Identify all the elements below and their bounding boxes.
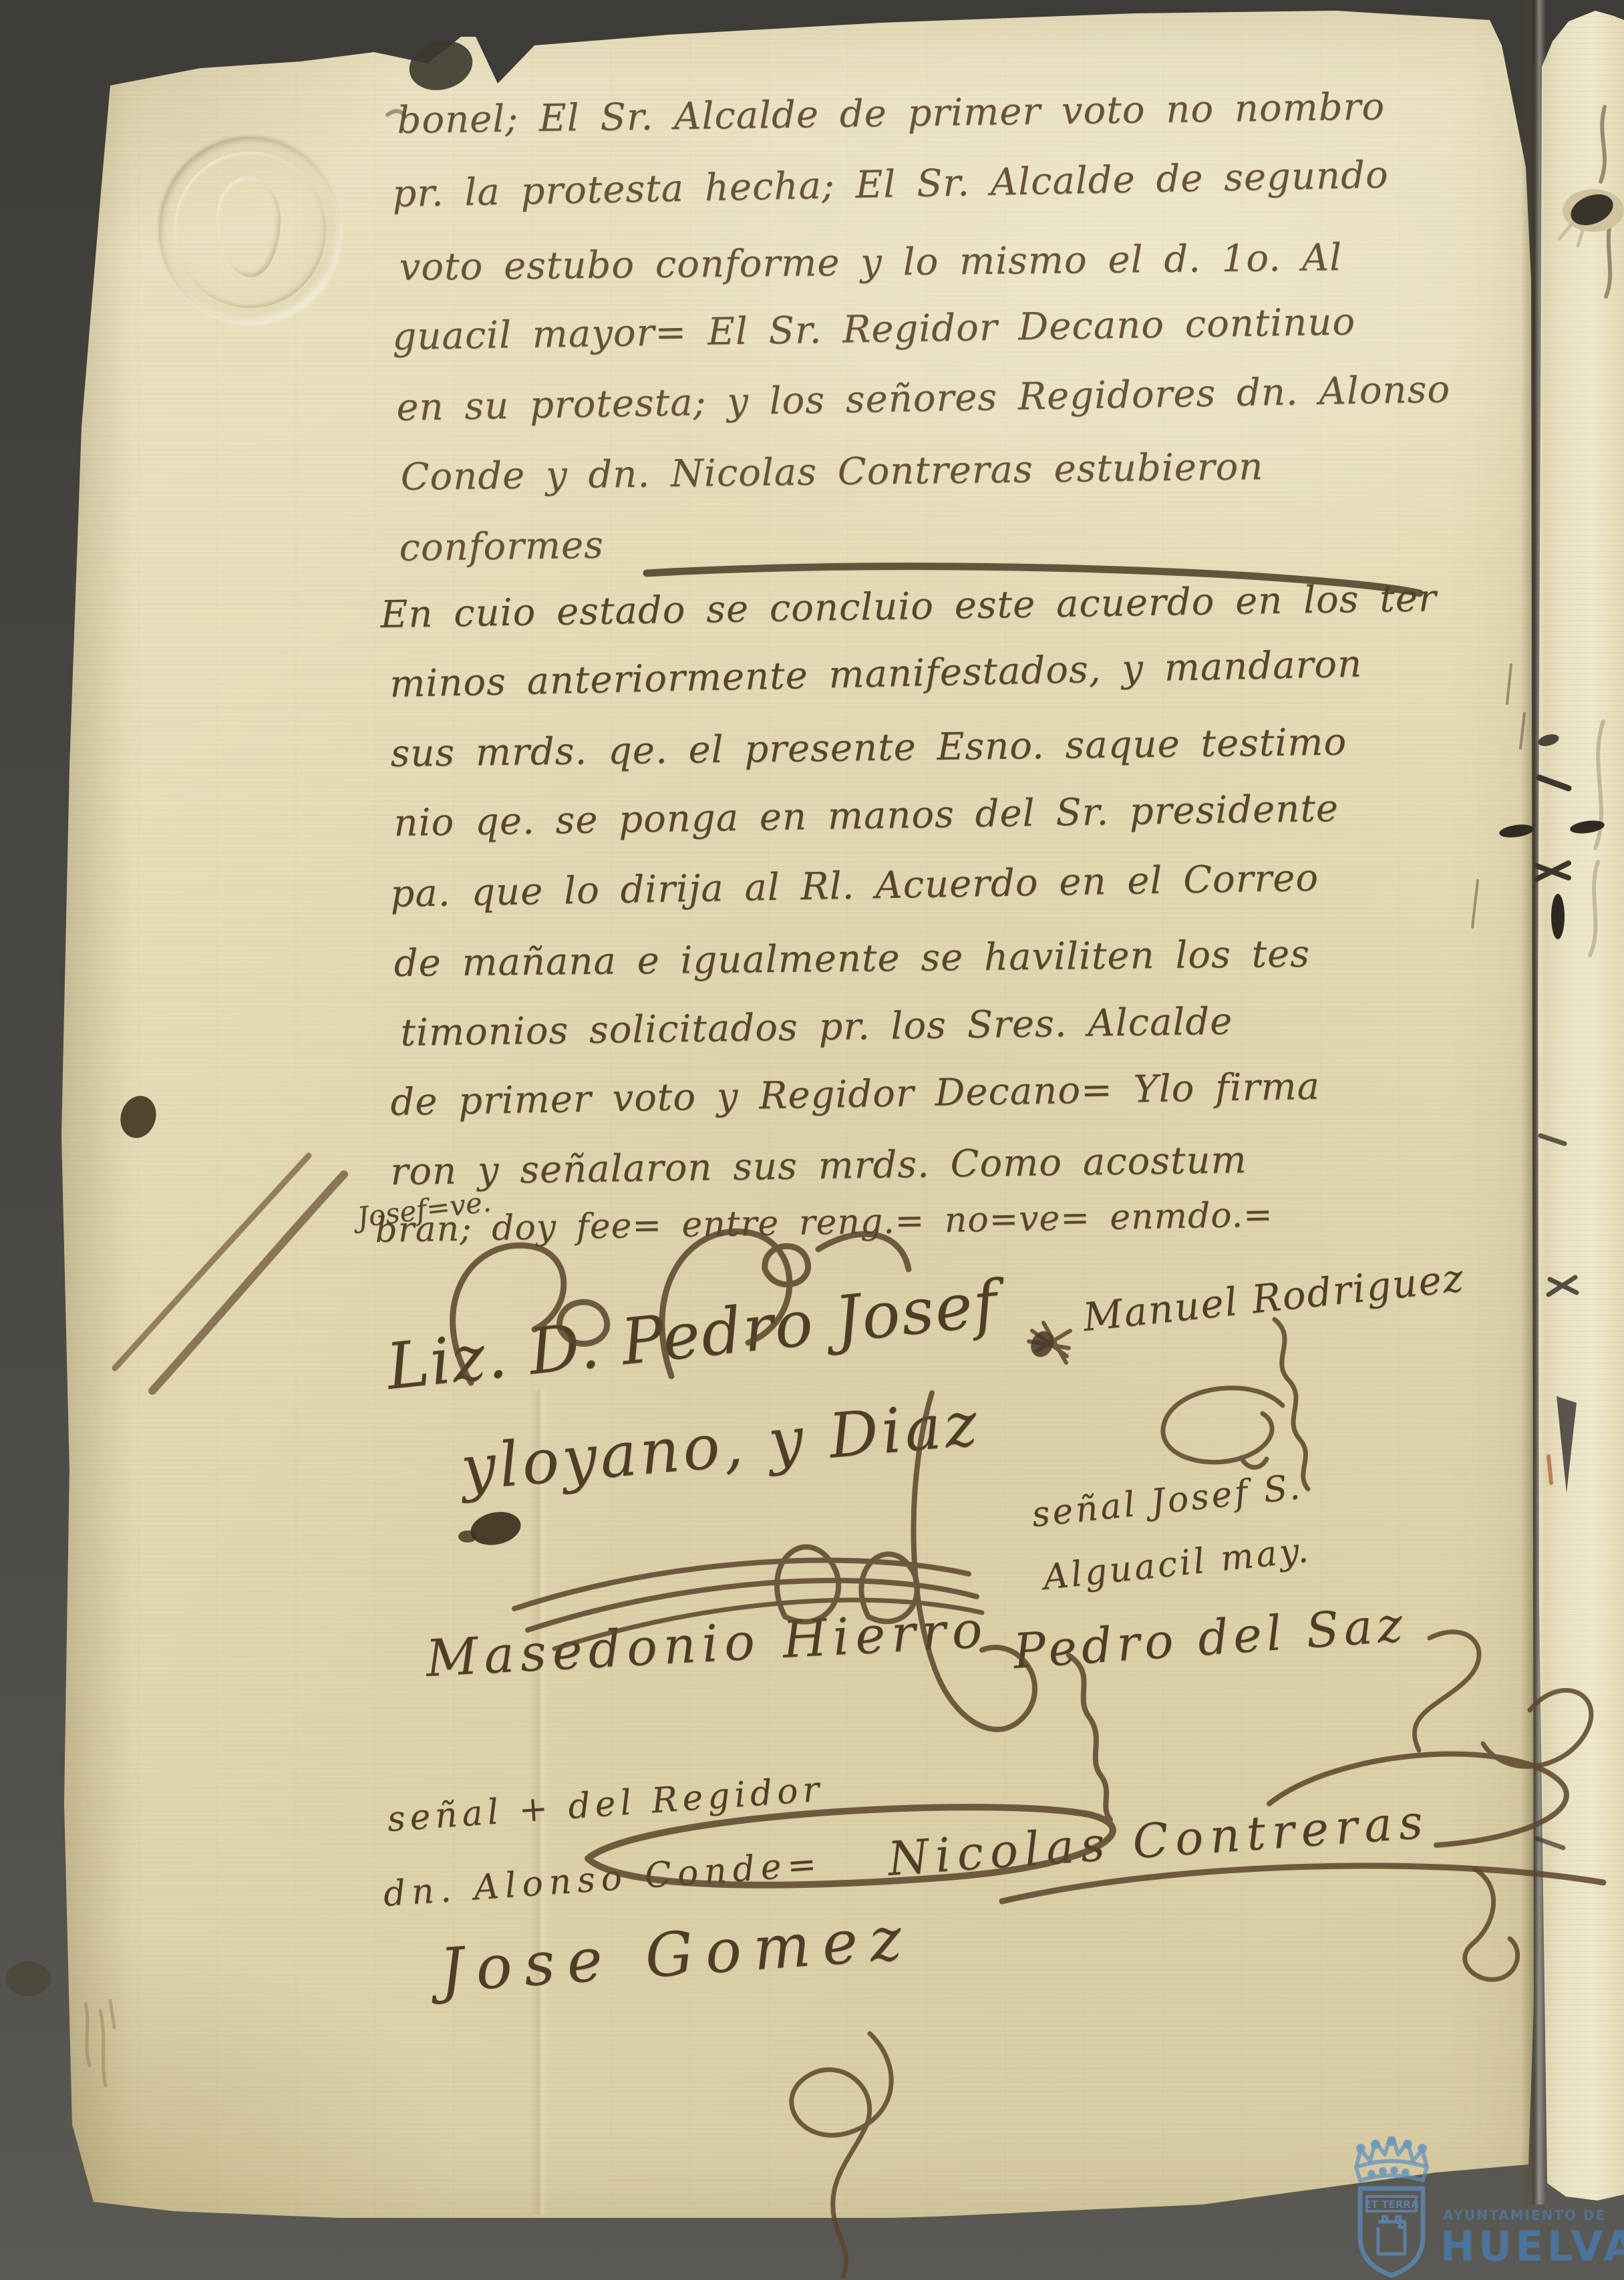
watermark-city: HUELVA [1440,2222,1624,2271]
scanned-manuscript: bonel; El Sr. Alcalde de primer voto no … [0,0,1624,2280]
watermark-institution: AYUNTAMIENTO DE [1443,2207,1606,2223]
coat-of-arms-icon: ET TERRA [1341,2136,1442,2280]
shield-motto: ET TERRA [1365,2198,1419,2211]
crown-icon [1356,2136,1427,2180]
manuscript-line: conformes [399,524,604,570]
archive-watermark: ET TERRA AYUNTAMIENTO DE HUELVA [1341,2136,1624,2280]
adjacent-page-edge [1534,0,1624,2205]
embossed-seal [159,137,341,323]
binding-gutter-crease [1520,0,1546,2205]
